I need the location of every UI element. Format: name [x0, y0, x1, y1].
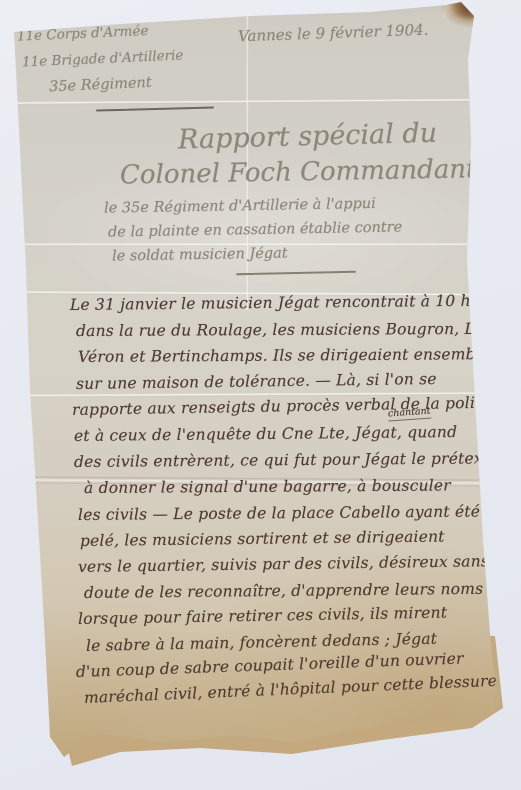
manuscript-paper: 11e Corps d'Armée 11e Brigade d'Artiller…: [0, 0, 521, 790]
body-line: et à ceux de l'enquête du Cne Lte, Jégat…: [74, 418, 515, 449]
photo-of-manuscript: 11e Corps d'Armée 11e Brigade d'Artiller…: [0, 0, 521, 790]
body-line: des civils entrèrent, ce qui fut pour Jé…: [74, 445, 515, 475]
title-line: le 35e Régiment d'Artillerie à l'appui: [104, 193, 521, 216]
body-line: dans la rue du Roulage, les musiciens Bo…: [76, 316, 515, 345]
report-body: Le 31 janvier le musicien Jégat rencontr…: [70, 292, 515, 711]
fold-crease: [12, 98, 490, 104]
title-line: de la plainte en cassation établie contr…: [108, 217, 521, 240]
title-line: le soldat musicien Jégat: [112, 241, 521, 264]
body-line: à donner le signal d'une bagarre, à bous…: [84, 472, 515, 501]
title-underline: [236, 271, 356, 275]
title-line: Colonel Foch Commandant: [120, 154, 521, 191]
regiment-line: 35e Régiment: [49, 68, 185, 100]
corner-stain: [432, 0, 482, 34]
title-line: Rapport spécial du: [178, 116, 521, 156]
dateline: Vannes le 9 février 1904.: [238, 21, 429, 46]
unit-header: 11e Corps d'Armée 11e Brigade d'Artiller…: [16, 16, 185, 101]
regiment-underline: [96, 106, 214, 111]
body-line: Le 31 janvier le musicien Jégat rencontr…: [70, 287, 515, 318]
report-title: Rapport spécial du Colonel Foch Commanda…: [0, 120, 521, 261]
